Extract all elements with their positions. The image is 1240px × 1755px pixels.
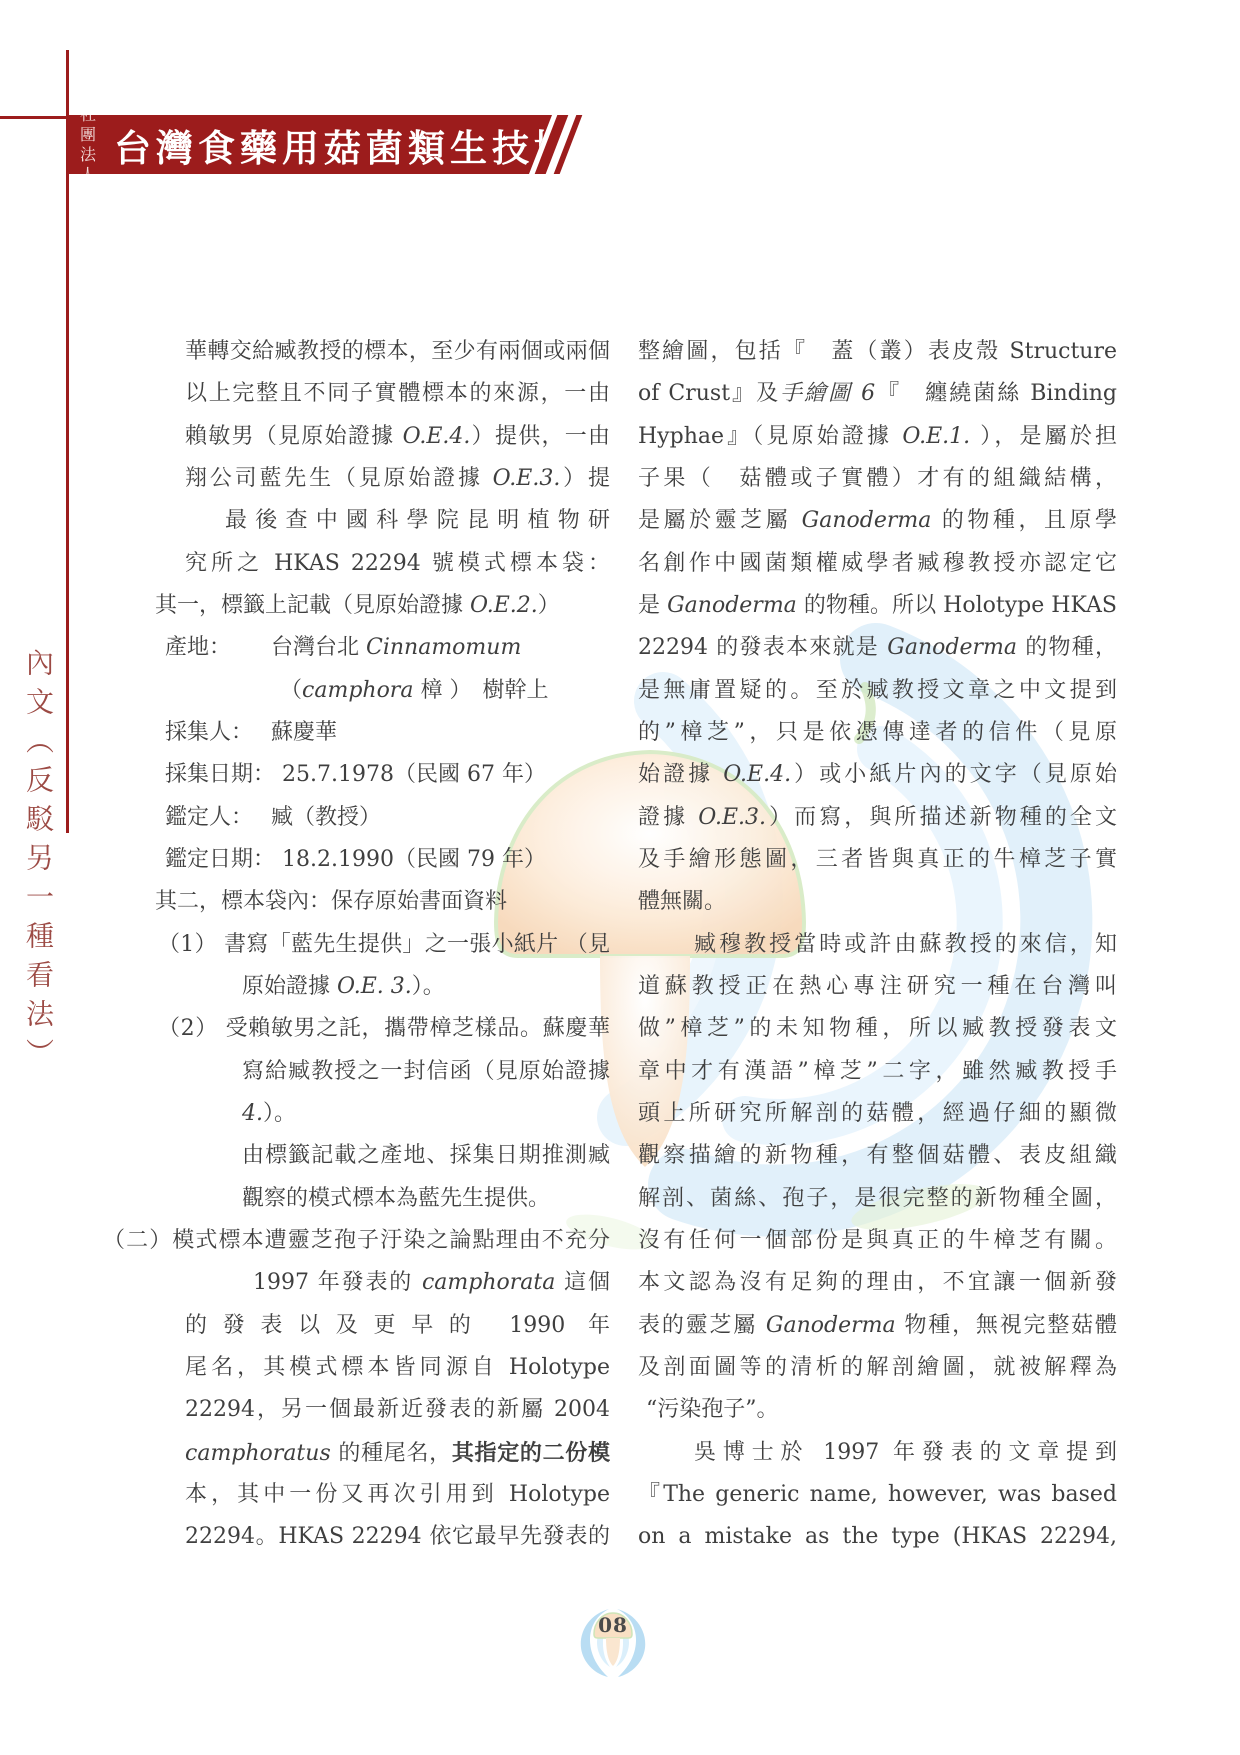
text-line: 鑑定日期： 18.2.1990（民國 79 年） (100, 839, 610, 881)
text-segment: 始證據 (638, 762, 723, 787)
text-segment: O.E.1. (902, 424, 970, 449)
text-line: 頭上所研究所解剖的菇體，經過仔細的顯微 (638, 1093, 1117, 1135)
text-line: 沒有任何一個部份是與真正的牛樟芝有關。 (638, 1220, 1117, 1262)
text-column-right: 整繪圖，包括『 蓋（叢）表皮殼 Structureof Crust』及手繪圖 6… (638, 331, 1117, 1559)
banner-background: 社團 法人 台灣食藥用菇菌類生技協會 (68, 115, 588, 174)
text-segment: 『 纏繞菌絲 Binding (875, 381, 1117, 406)
text-line: 翔公司藍先生（見原始證據 O.E.3.）提供。 (100, 458, 610, 500)
text-line: 22294 的發表本來就是 Ganoderma 的物種， (638, 627, 1117, 669)
text-line: 吳博士於 1997 年發表的文章提到 (638, 1432, 1117, 1474)
text-line: 表的靈芝屬 Ganoderma 物種，無視完整菇體 (638, 1305, 1117, 1347)
text-line: 本文認為沒有足夠的理由，不宜讓一個新發 (638, 1262, 1117, 1304)
text-segment: 做”樟芝”的未知物種，所以臧教授發表文 (638, 1016, 1117, 1041)
text-segment: 道蘇教授正在熱心專注研究一種在台灣叫 (638, 974, 1117, 999)
sidebar-section-label: 內文（反駁另一種看法） (18, 648, 58, 1148)
text-segment: 採集人： 蘇慶華 (165, 720, 337, 745)
text-segment: （二）模式標本遭靈芝孢子汙染之論點理由不充分 (103, 1228, 610, 1253)
text-segment: 表的靈芝屬 (638, 1313, 766, 1338)
text-segment: ）或小紙片內的文字（見原始 (791, 762, 1117, 787)
text-segment: 22294。HKAS 22294 依它最早先發表的完 (185, 1524, 610, 1558)
text-segment: ）。 (412, 974, 445, 999)
text-segment: Ganoderma (667, 593, 797, 618)
text-line: 由標籤記載之產地、採集日期推測臧教授 (100, 1135, 610, 1177)
text-segment: camphorata (422, 1270, 555, 1295)
text-line: 觀察描繪的新物種，有整個菇體、表皮組織 (638, 1135, 1117, 1177)
text-line: 及手繪形態圖，三者皆與真正的牛樟芝子實 (638, 839, 1117, 881)
text-line: （2） 受賴敏男之託，攜帶樟芝樣品。蘇慶華 (100, 1008, 610, 1050)
text-line: 及剖面圖等的清析的解剖繪圖，就被解釋為 (638, 1347, 1117, 1389)
text-segment: Hyphae』（見原始證據 (638, 424, 902, 449)
text-segment: 以上完整且不同子實體標本的來源，一由 (185, 381, 610, 406)
text-segment: 名創作中國菌類權威學者臧穆教授亦認定它 (638, 551, 1117, 576)
text-line: camphoratus 的種尾名，其指定的二份模式標 (100, 1432, 610, 1474)
text-segment: of Crust』及 (638, 381, 780, 406)
org-type-label: 社團 法人 (80, 105, 98, 185)
text-segment: 及剖面圖等的清析的解剖繪圖，就被解釋為 (638, 1355, 1117, 1380)
text-line: 採集日期： 25.7.1978（民國 67 年） (100, 754, 610, 796)
text-segment: 採集日期： 25.7.1978（民國 67 年） (165, 762, 546, 787)
text-segment: 整繪圖，包括『 蓋（叢）表皮殼 Structure (638, 339, 1117, 364)
horizontal-rule (0, 116, 68, 119)
text-column-left: 華轉交給臧教授的標本，至少有兩個或兩個以上完整且不同子實體標本的來源，一由賴敏男… (100, 331, 610, 1559)
org-type-line2: 法人 (80, 145, 98, 185)
text-line: 是無庸置疑的。至於臧教授文章之中文提到 (638, 670, 1117, 712)
text-segment: （ (280, 678, 302, 703)
text-line: 是屬於靈芝屬 Ganoderma 的物種，且原學 (638, 500, 1117, 542)
text-segment: 體無關。 (638, 889, 726, 914)
text-segment: 的種尾名， (331, 1441, 452, 1466)
text-line: 子果（ 菇體或子實體）才有的組織結構， (638, 458, 1117, 500)
text-line: 其二，標本袋內：保存原始書面資料 (100, 881, 610, 923)
text-line: 1997 年發表的 camphorata 這個種尾名 (100, 1262, 610, 1304)
text-segment: 其二，標本袋內：保存原始書面資料 (155, 889, 507, 914)
text-line: 觀察的模式標本為藍先生提供。 (100, 1178, 610, 1220)
text-segment: O.E. 3. (337, 974, 412, 999)
text-segment: 4. (242, 1101, 263, 1126)
text-segment: 的物種，且原學 (931, 508, 1117, 533)
text-segment: 頭上所研究所解剖的菇體，經過仔細的顯微 (638, 1101, 1117, 1126)
org-type-line1: 社團 (80, 105, 98, 145)
text-line: “污染孢子”。 (638, 1389, 1117, 1431)
text-segment: 原始證據 (242, 974, 337, 999)
text-line: of Crust』及手繪圖 6『 纏繞菌絲 Binding (638, 373, 1117, 415)
text-segment: ），是屬於担 (970, 424, 1117, 449)
text-segment: 鑑定人： 臧（教授） (165, 805, 381, 830)
text-segment: 觀察的模式標本為藍先生提供。 (242, 1186, 550, 1211)
text-segment: （2） 受賴敏男之託，攜帶樟芝樣品。蘇慶華 (158, 1016, 610, 1041)
text-segment: 本，其中一份又再次引用到 Holotype HKAS (185, 1482, 610, 1516)
text-segment: camphoratus (185, 1441, 331, 1466)
text-line: 名創作中國菌類權威學者臧穆教授亦認定它 (638, 543, 1117, 585)
text-segment: 究所之 HKAS 22294 號模式標本袋： (185, 551, 610, 576)
text-line: 賴敏男（見原始證據 O.E.4.）提供，一由偉 (100, 416, 610, 458)
text-line: 始證據 O.E.4.）或小紙片內的文字（見原始 (638, 754, 1117, 796)
text-segment: 本文認為沒有足夠的理由，不宜讓一個新發 (638, 1270, 1117, 1295)
text-line: 採集人： 蘇慶華 (100, 712, 610, 754)
text-segment: on a mistake as the type (HKAS 22294, (638, 1524, 1117, 1549)
text-line: 究所之 HKAS 22294 號模式標本袋： (100, 543, 610, 585)
text-segment: ）而寫，與所描述新物種的全文 (766, 805, 1117, 830)
text-line: 原始證據 O.E. 3.）。 (100, 966, 610, 1008)
text-line: 22294，另一個最新近發表的新屬 2004 年 (100, 1389, 610, 1431)
text-line: 的發表以及更早的 1990 年 comphoratum 的種 (100, 1305, 610, 1347)
text-line: （camphora 樟 ） 樹幹上 (100, 670, 610, 712)
text-segment: camphora (302, 678, 413, 703)
text-line: 做”樟芝”的未知物種，所以臧教授發表文 (638, 1008, 1117, 1050)
text-segment: Ganoderma (887, 635, 1017, 660)
text-line: 整繪圖，包括『 蓋（叢）表皮殼 Structure (638, 331, 1117, 373)
text-segment: O.E.4. (723, 762, 791, 787)
text-line: （二）模式標本遭靈芝孢子汙染之論點理由不充分 (100, 1220, 610, 1262)
text-segment: 解剖、菌絲、孢子，是很完整的新物種全圖， (638, 1186, 1117, 1211)
text-line: 臧穆教授當時或許由蘇教授的來信，知 (638, 924, 1117, 966)
text-segment: 22294 的發表本來就是 (638, 635, 887, 660)
text-segment: 產地： 台灣台北 (165, 635, 366, 660)
text-segment: 證據 (638, 805, 698, 830)
text-segment: 由標籤記載之產地、採集日期推測臧教授 (242, 1143, 610, 1177)
text-segment: （1） 書寫「藍先生提供」之一張小紙片 （見 (158, 932, 610, 957)
text-segment: 是無庸置疑的。至於臧教授文章之中文提到 (638, 678, 1117, 703)
text-line: 產地： 台灣台北 Cinnamomum comphora (100, 627, 610, 669)
text-segment: O.E.4. (403, 424, 471, 449)
text-segment: 華轉交給臧教授的標本，至少有兩個或兩個 (185, 339, 610, 364)
text-segment: 鑑定日期： 18.2.1990（民國 79 年） (165, 847, 546, 872)
text-segment: 翔公司藍先生（見原始證據 (185, 466, 493, 491)
text-segment: 物種，無視完整菇體 (896, 1313, 1117, 1338)
text-line: on a mistake as the type (HKAS 22294, (638, 1516, 1117, 1558)
text-line: 是 Ganoderma 的物種。所以 Holotype HKAS (638, 585, 1117, 627)
text-segment: 賴敏男（見原始證據 (185, 424, 403, 449)
text-segment: 『The generic name, however, was based (638, 1482, 1117, 1507)
text-segment: O.E.2. (470, 593, 538, 618)
text-segment: 子果（ 菇體或子實體）才有的組織結構， (638, 466, 1117, 491)
text-line: 解剖、菌絲、孢子，是很完整的新物種全圖， (638, 1178, 1117, 1220)
text-line: 最後查中國科學院昆明植物研 (100, 500, 610, 542)
text-segment: Ganoderma (802, 508, 932, 533)
header-banner: 社團 法人 台灣食藥用菇菌類生技協會 (68, 115, 608, 174)
text-line: 證據 O.E.3.）而寫，與所描述新物種的全文 (638, 797, 1117, 839)
text-line: 寫給臧教授之一封信函（見原始證據 O.E. (100, 1051, 610, 1093)
text-segment: ）。 (263, 1101, 296, 1126)
text-segment: ） (538, 593, 560, 618)
text-segment: 沒有任何一個部份是與真正的牛樟芝有關。 (638, 1228, 1117, 1253)
text-segment: 22294，另一個最新近發表的新屬 2004 年 (185, 1397, 610, 1431)
text-line: Hyphae』（見原始證據 O.E.1. ），是屬於担 (638, 416, 1117, 458)
text-segment: 是 (638, 593, 667, 618)
text-segment: Ganoderma (766, 1313, 896, 1338)
text-line: 鑑定人： 臧（教授） (100, 797, 610, 839)
text-segment: 章中才有漢語”樟芝”二字，雖然臧教授手 (638, 1059, 1117, 1084)
text-segment: 的物種。所以 Holotype HKAS (797, 593, 1117, 618)
text-segment: 臧穆教授當時或許由蘇教授的來信，知 (694, 932, 1117, 957)
text-segment: 其一，標籤上記載（見原始證據 (155, 593, 470, 618)
text-segment: 是屬於靈芝屬 (638, 508, 802, 533)
text-line: 本，其中一份又再次引用到 Holotype HKAS (100, 1474, 610, 1516)
text-segment: 的物種， (1017, 635, 1117, 660)
text-line: 章中才有漢語”樟芝”二字，雖然臧教授手 (638, 1051, 1117, 1093)
text-line: 4.）。 (100, 1093, 610, 1135)
text-segment: 及手繪形態圖，三者皆與真正的牛樟芝子實 (638, 847, 1117, 872)
text-line: 的”樟芝”，只是依憑傳達者的信件（見原 (638, 712, 1117, 754)
page-number: 08 (575, 1613, 651, 1637)
text-segment: 1997 年發表的 (253, 1270, 422, 1295)
text-segment: O.E.3. (698, 805, 766, 830)
text-segment: “污染孢子”。 (646, 1397, 779, 1422)
text-segment: 的”樟芝”，只是依憑傳達者的信件（見原 (638, 720, 1117, 745)
text-line: 以上完整且不同子實體標本的來源，一由 (100, 373, 610, 415)
text-segment: 最後查中國科學院昆明植物研 (225, 508, 610, 533)
text-line: 其一，標籤上記載（見原始證據 O.E.2.） (100, 585, 610, 627)
text-line: 道蘇教授正在熱心專注研究一種在台灣叫 (638, 966, 1117, 1008)
text-segment: 寫給臧教授之一封信函（見原始證據 (242, 1059, 610, 1084)
text-line: 『The generic name, however, was based (638, 1474, 1117, 1516)
text-line: （1） 書寫「藍先生提供」之一張小紙片 （見 (100, 924, 610, 966)
text-line: 華轉交給臧教授的標本，至少有兩個或兩個 (100, 331, 610, 373)
text-line: 22294。HKAS 22294 依它最早先發表的完 (100, 1516, 610, 1558)
text-segment: 尾名，其模式標本皆同源自 Holotype HKAS (185, 1355, 610, 1389)
text-segment: 吳博士於 1997 年發表的文章提到 (694, 1440, 1117, 1465)
text-segment: 觀察描繪的新物種，有整個菇體、表皮組織 (638, 1143, 1117, 1168)
text-line: 體無關。 (638, 881, 1117, 923)
text-segment: 手繪圖 6 (780, 381, 875, 406)
text-line: 尾名，其模式標本皆同源自 Holotype HKAS (100, 1347, 610, 1389)
text-segment: O.E.3. (493, 466, 561, 491)
text-segment: 的發表以及更早的 1990 年 (185, 1313, 610, 1338)
text-segment: 樟 ） 樹幹上 (413, 678, 548, 703)
